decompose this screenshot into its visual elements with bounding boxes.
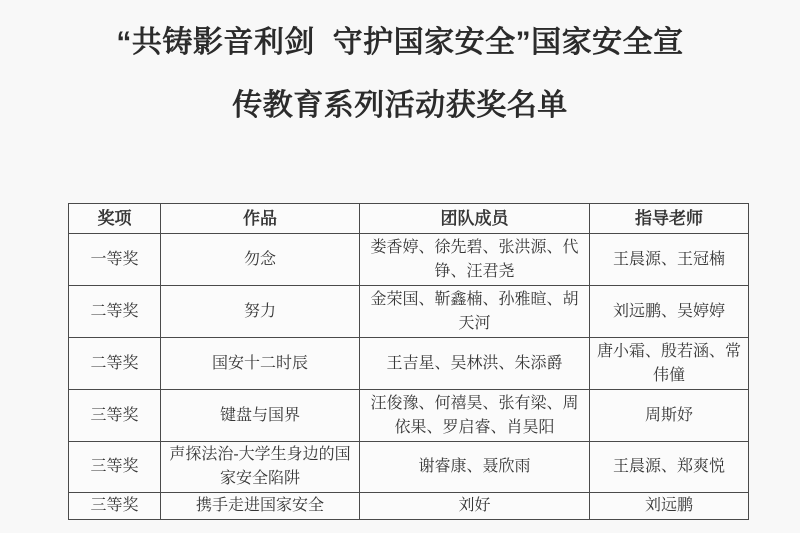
cell-members: 汪俊豫、何禧昊、张有梁、周依果、罗启睿、肖昊阳 bbox=[360, 390, 590, 442]
cell-work: 国安十二时辰 bbox=[161, 338, 360, 390]
title-line-2: 传教育系列活动获奖名单 bbox=[0, 74, 800, 137]
table-row: 三等奖 键盘与国界 汪俊豫、何禧昊、张有梁、周依果、罗启睿、肖昊阳 周斯妤 bbox=[69, 390, 749, 442]
cell-award: 二等奖 bbox=[69, 286, 161, 338]
page-title: “共铸影音利剑 守护国家安全”国家安全宣 传教育系列活动获奖名单 bbox=[0, 11, 800, 137]
cell-teachers: 王晨源、王冠楠 bbox=[590, 234, 749, 286]
cell-work: 声探法治-大学生身边的国家安全陷阱 bbox=[161, 442, 360, 493]
cell-work: 努力 bbox=[161, 286, 360, 338]
awards-table: 奖项 作品 团队成员 指导老师 一等奖 勿念 娄香婷、徐先碧、张洪源、代铮、汪君… bbox=[68, 203, 749, 520]
header-row: 奖项 作品 团队成员 指导老师 bbox=[69, 204, 749, 234]
cell-work: 勿念 bbox=[161, 234, 360, 286]
cell-award: 一等奖 bbox=[69, 234, 161, 286]
header-cell-work: 作品 bbox=[161, 204, 360, 234]
table-row: 一等奖 勿念 娄香婷、徐先碧、张洪源、代铮、汪君尧 王晨源、王冠楠 bbox=[69, 234, 749, 286]
header-cell-members: 团队成员 bbox=[360, 204, 590, 234]
cell-teachers: 王晨源、郑爽悦 bbox=[590, 442, 749, 493]
cell-members: 金荣国、靳鑫楠、孙雅暄、胡天河 bbox=[360, 286, 590, 338]
award-list-document: “共铸影音利剑 守护国家安全”国家安全宣 传教育系列活动获奖名单 奖项 作品 团… bbox=[0, 0, 800, 533]
table-row: 三等奖 携手走进国家安全 刘好 刘远鹏 bbox=[69, 493, 749, 520]
cell-members: 谢睿康、聂欣雨 bbox=[360, 442, 590, 493]
cell-work: 键盘与国界 bbox=[161, 390, 360, 442]
awards-table-body: 一等奖 勿念 娄香婷、徐先碧、张洪源、代铮、汪君尧 王晨源、王冠楠 二等奖 努力… bbox=[69, 234, 749, 520]
table-row: 二等奖 努力 金荣国、靳鑫楠、孙雅暄、胡天河 刘远鹏、吴婷婷 bbox=[69, 286, 749, 338]
table-row: 二等奖 国安十二时辰 王吉星、吴林洪、朱添爵 唐小霜、殷若涵、常伟僮 bbox=[69, 338, 749, 390]
cell-teachers: 刘远鹏、吴婷婷 bbox=[590, 286, 749, 338]
cell-members: 娄香婷、徐先碧、张洪源、代铮、汪君尧 bbox=[360, 234, 590, 286]
header-cell-teachers: 指导老师 bbox=[590, 204, 749, 234]
awards-table-header: 奖项 作品 团队成员 指导老师 bbox=[69, 204, 749, 234]
table-row: 三等奖 声探法治-大学生身边的国家安全陷阱 谢睿康、聂欣雨 王晨源、郑爽悦 bbox=[69, 442, 749, 493]
cell-teachers: 周斯妤 bbox=[590, 390, 749, 442]
cell-members: 王吉星、吴林洪、朱添爵 bbox=[360, 338, 590, 390]
cell-teachers: 唐小霜、殷若涵、常伟僮 bbox=[590, 338, 749, 390]
cell-members: 刘好 bbox=[360, 493, 590, 520]
title-line-1: “共铸影音利剑 守护国家安全”国家安全宣 bbox=[0, 11, 800, 74]
cell-work: 携手走进国家安全 bbox=[161, 493, 360, 520]
cell-award: 二等奖 bbox=[69, 338, 161, 390]
cell-teachers: 刘远鹏 bbox=[590, 493, 749, 520]
cell-award: 三等奖 bbox=[69, 442, 161, 493]
cell-award: 三等奖 bbox=[69, 390, 161, 442]
header-cell-award: 奖项 bbox=[69, 204, 161, 234]
cell-award: 三等奖 bbox=[69, 493, 161, 520]
